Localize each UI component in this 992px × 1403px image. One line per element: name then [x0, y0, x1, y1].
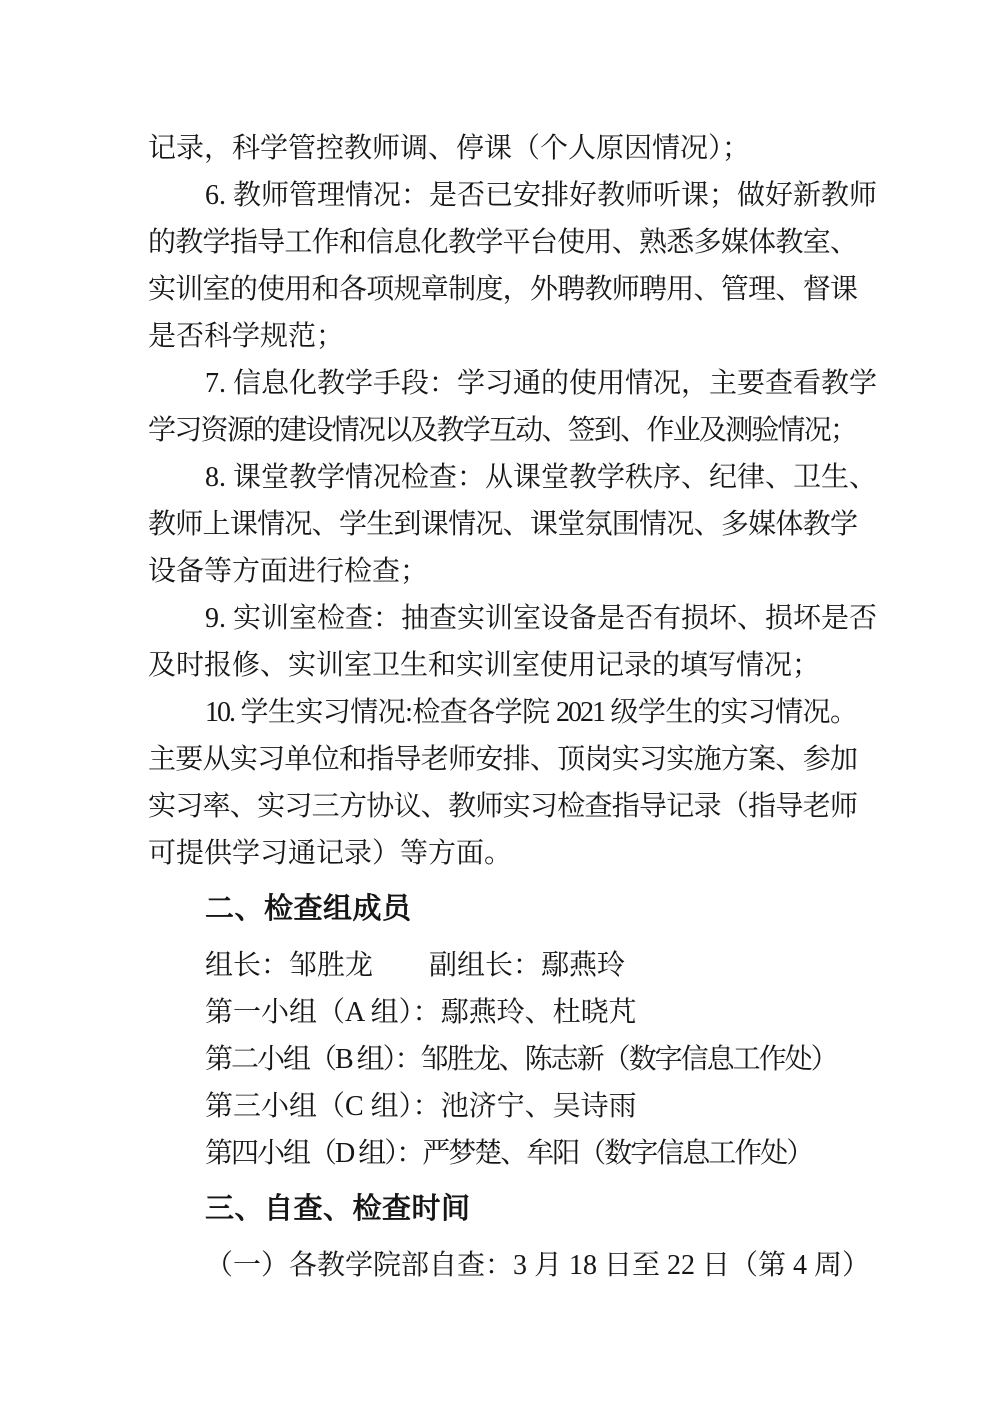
- text-line: 主要从实习单位和指导老师安排、顶岗实习实施方案、参加: [148, 736, 856, 783]
- text-line: 的教学指导工作和信息化教学平台使用、熟悉多媒体教室、: [148, 219, 856, 266]
- document-page: 记录，科学管控教师调、停课（个人原因情况）；6. 教师管理情况：是否已安排好教师…: [0, 0, 992, 1403]
- text-line: 7. 信息化教学手段：学习通的使用情况，主要查看教学: [148, 360, 856, 407]
- text-line: （一）各教学院部自查：3 月 18 日至 22 日（第 4 周）: [148, 1242, 856, 1289]
- text-line: 及时报修、实训室卫生和实训室使用记录的填写情况；: [148, 642, 856, 689]
- text-line: 第三小组（C 组）：池济宁、吴诗雨: [148, 1083, 856, 1130]
- text-line: 是否科学规范；: [148, 313, 856, 360]
- text-line: 第二小组（B 组）：邹胜龙、陈志新（数字信息工作处）: [148, 1036, 856, 1083]
- text-line: 实训室的使用和各项规章制度，外聘教师聘用、管理、督课: [148, 266, 856, 313]
- text-line: 实习率、实习三方协议、教师实习检查指导记录（指导老师: [148, 783, 856, 830]
- text-line: 6. 教师管理情况：是否已安排好教师听课；做好新教师: [148, 172, 856, 219]
- text-line: 第一小组（A 组）：鄢燕玲、杜晓芃: [148, 989, 856, 1036]
- text-line: 可提供学习通记录）等方面。: [148, 830, 856, 877]
- text-line: 8. 课堂教学情况检查：从课堂教学秩序、纪律、卫生、: [148, 454, 856, 501]
- section-heading: 三、自查、检查时间: [148, 1186, 856, 1233]
- text-line: 第四小组（D 组）：严梦楚、牟阳（数字信息工作处）: [148, 1130, 856, 1177]
- text-line: 9. 实训室检查：抽查实训室设备是否有损坏、损坏是否: [148, 595, 856, 642]
- text-line: 10. 学生实习情况:检查各学院 2021 级学生的实习情况。: [148, 689, 856, 736]
- text-line: 设备等方面进行检查；: [148, 548, 856, 595]
- text-line: 记录，科学管控教师调、停课（个人原因情况）；: [148, 125, 856, 172]
- text-line: 组长：邹胜龙 副组长：鄢燕玲: [148, 942, 856, 989]
- text-line: 学习资源的建设情况以及教学互动、签到、作业及测验情况；: [148, 407, 856, 454]
- text-line: 教师上课情况、学生到课情况、课堂氛围情况、多媒体教学: [148, 501, 856, 548]
- section-heading: 二、检查组成员: [148, 886, 856, 933]
